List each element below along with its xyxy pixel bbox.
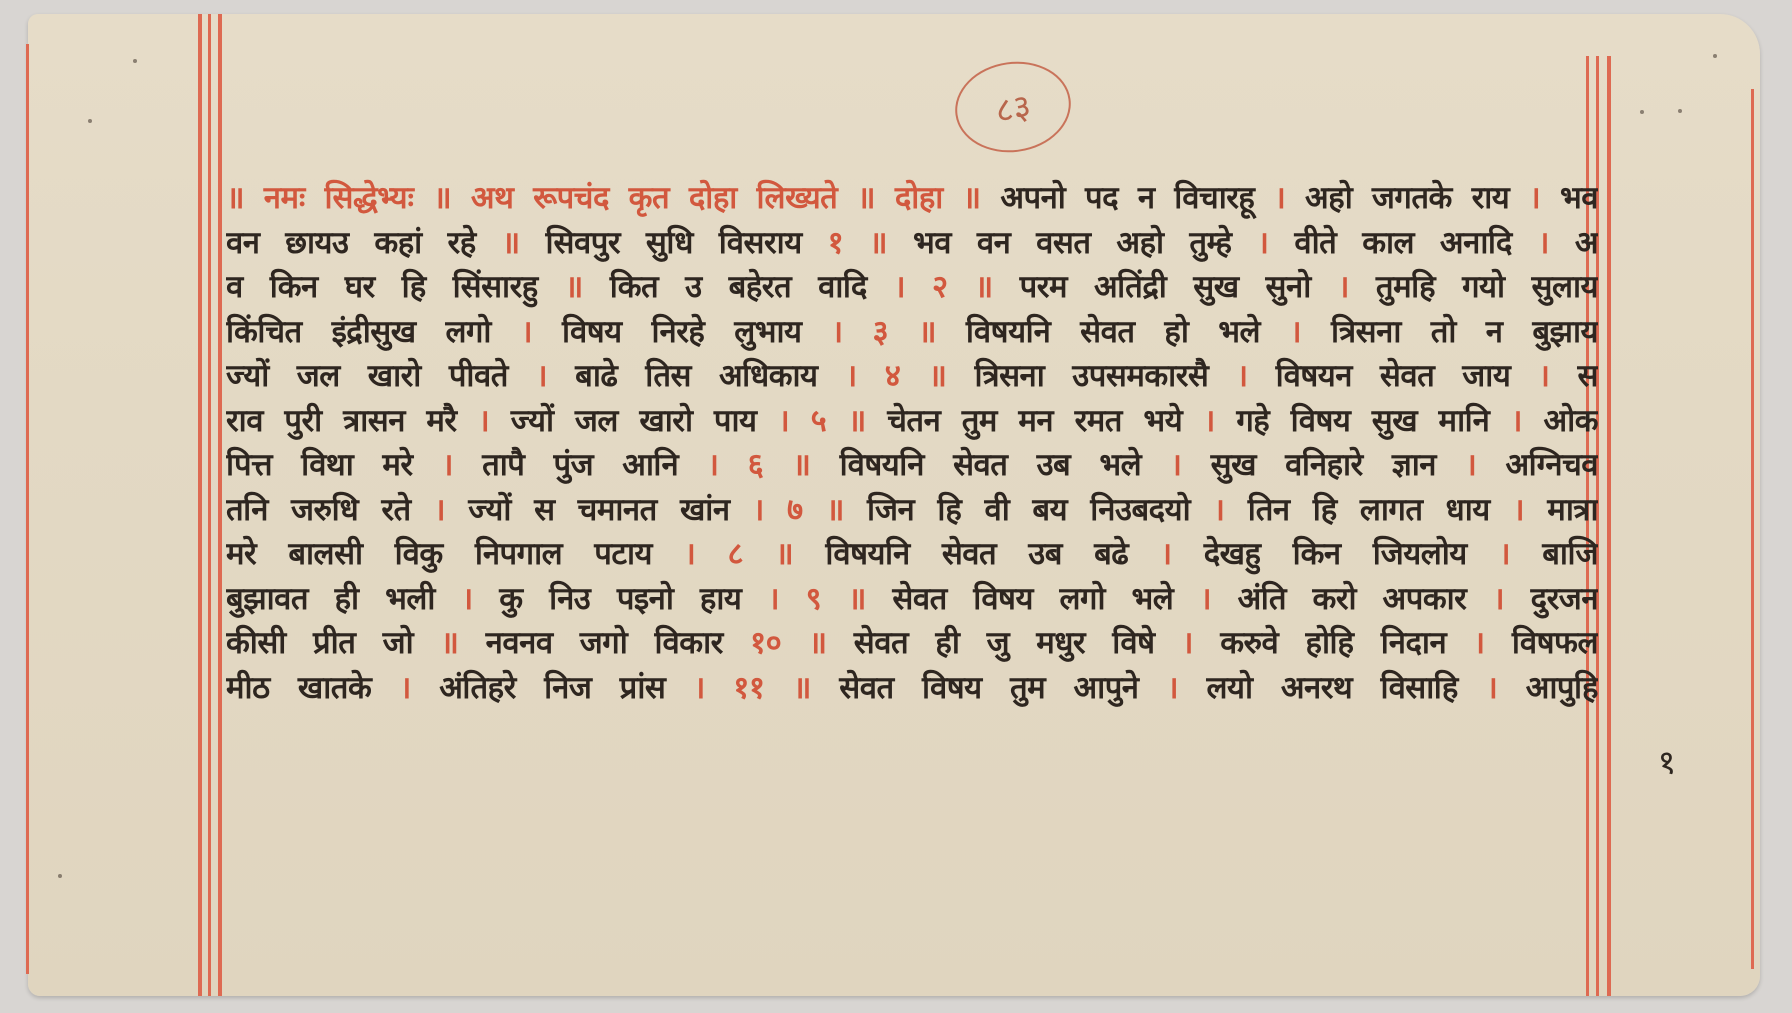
rubric-segment: । (442, 447, 482, 483)
text-segment: ज्यों स चमानत खांन (468, 492, 752, 528)
text-segment: ओक (1543, 403, 1598, 439)
text-segment: देखहु किन जियलोय (1204, 536, 1499, 572)
rubric-segment: । (1486, 670, 1526, 706)
rubric-segment: । (1473, 625, 1511, 661)
manuscript-line: पित्त विथा मरे । तापै पुंज आनि । ६ ॥ विष… (226, 443, 1598, 488)
rubric-segment: । (1493, 581, 1531, 617)
text-segment: अग्निचव (1505, 447, 1598, 483)
text-segment: सुख वनिहारे ज्ञान (1211, 447, 1465, 483)
rubric-segment: । (1465, 447, 1505, 483)
text-segment: व किन घर हि सिंसारहु (226, 269, 565, 305)
rubric-segment: । ८ ॥ (684, 536, 825, 572)
rubric-segment: । २ ॥ (894, 269, 1020, 305)
left-margin-ruling-3 (218, 14, 222, 996)
manuscript-line: ज्यों जल खारो पीवते । बाढे तिस अधिकाय । … (226, 354, 1598, 399)
text-segment: स (1578, 358, 1598, 394)
rubric-segment: । (1182, 625, 1220, 661)
text-segment: विषयन सेवत जाय (1276, 358, 1539, 394)
manuscript-line: किंचित इंद्रीसुख लगो । विषय निरहे लुभाय … (226, 310, 1598, 355)
rubric-segment: । (1167, 670, 1207, 706)
text-segment: चेतन तुम मन रमत भये (887, 403, 1203, 439)
rubric-segment: । (1213, 492, 1247, 528)
manuscript-line: मरे बालसी विकु निपगाल पटाय । ८ ॥ विषयनि … (226, 532, 1598, 577)
text-segment: विषय निरहे लुभाय (562, 314, 831, 350)
text-segment: त्रिसना उपसमकारसै (974, 358, 1236, 394)
manuscript-line: कीसी प्रीत जो ॥ नवनव जगो विकार १० ॥ सेवत… (226, 621, 1598, 666)
rubric-segment: । (1274, 180, 1305, 216)
manuscript-line: ॥ नमः सिद्धेभ्यः ॥ अथ रूपचंद कृत दोहा लि… (226, 176, 1598, 221)
text-segment: भव वन वसत अहो तुम्हे (913, 225, 1257, 261)
left-outer-ruling (26, 44, 29, 974)
rubric-segment: ॥ (440, 625, 485, 661)
text-segment: अंति करो अपकार (1238, 581, 1493, 617)
rubric-segment: । (1538, 225, 1575, 261)
text-segment: आपुहि (1526, 670, 1598, 706)
rubric-segment: । ७ ॥ (753, 492, 867, 528)
rubric-segment: । (1236, 358, 1275, 394)
text-segment: बाढे तिस अधिकाय (575, 358, 845, 394)
rubric-segment: । (1511, 403, 1544, 439)
paper-speck (1640, 110, 1644, 114)
text-segment: ज्यों जल खारो पीवते (226, 358, 536, 394)
rubric-segment: । (1290, 314, 1331, 350)
text-segment: वीते काल अनादि (1294, 225, 1537, 261)
text-segment: जिन हि वी बय निउबदयो (867, 492, 1213, 528)
rubric-segment: । (1257, 225, 1294, 261)
text-segment: वन छायउ कहां रहे (226, 225, 502, 261)
text-segment: पित्त विथा मरे (226, 447, 442, 483)
text-segment: करुवे होहि निदान (1220, 625, 1473, 661)
text-segment: भव (1560, 180, 1598, 216)
rubric-segment: । ११ ॥ (694, 670, 840, 706)
left-margin-ruling-1 (198, 14, 202, 996)
paper-speck (58, 874, 62, 878)
text-segment: अपनो पद न विचारहू (1000, 180, 1274, 216)
rubric-segment: । (434, 492, 468, 528)
rubric-segment: । (1170, 447, 1210, 483)
rubric-segment: । (1160, 536, 1203, 572)
rubric-segment: । ४ ॥ (846, 358, 975, 394)
rubric-segment: १० ॥ (750, 625, 854, 661)
text-segment: अहो जगतके राय (1305, 180, 1529, 216)
text-segment: अंतिहरे निज प्रांस (439, 670, 693, 706)
text-segment: दुरजन (1531, 581, 1598, 617)
manuscript-line: राव पुरी त्रासन मरै । ज्यों जल खारो पाय … (226, 399, 1598, 444)
rubric-segment: ॥ (565, 269, 610, 305)
rubric-segment: । (1529, 180, 1560, 216)
text-segment: गहे विषय सुख मानि (1236, 403, 1510, 439)
rubric-segment: । (400, 670, 440, 706)
text-segment: ज्यों जल खारो पाय (511, 403, 778, 439)
rubric-segment: । ५ ॥ (778, 403, 887, 439)
text-segment: तनि जरुधि रते (226, 492, 434, 528)
rubric-segment: । (521, 314, 562, 350)
text-segment: विषयनि सेवत हो भले (966, 314, 1290, 350)
rubric-segment: १ ॥ (828, 225, 913, 261)
rubric-segment: । (1513, 492, 1547, 528)
right-margin-ruling-3 (1607, 56, 1611, 996)
text-segment: विषफल (1512, 625, 1598, 661)
rubric-segment: ॥ (502, 225, 546, 261)
rubric-segment: । (1200, 581, 1238, 617)
rubric-segment: । (1538, 358, 1577, 394)
left-margin-ruling-2 (208, 14, 211, 996)
paper-speck (1713, 54, 1717, 58)
text-segment: मात्रा (1547, 492, 1598, 528)
text-segment: सेवत विषय तुम आपुने (839, 670, 1167, 706)
paper-speck (88, 119, 92, 123)
text-segment: परम अतिंद्री सुख सुनो (1020, 269, 1338, 305)
manuscript-line: वन छायउ कहां रहे ॥ सिवपुर सुधि विसराय १ … (226, 221, 1598, 266)
text-segment: लयो अनरथ विसाहि (1206, 670, 1486, 706)
text-segment: विषयनि सेवत उब भले (840, 447, 1171, 483)
manuscript-line: व किन घर हि सिंसारहु ॥ कित उ बहेरत वादि … (226, 265, 1598, 310)
text-segment: त्रिसना तो न बुझाय (1331, 314, 1598, 350)
text-segment: विषयनि सेवत उब बढे (825, 536, 1160, 572)
manuscript-line: मीठ खातके । अंतिहरे निज प्रांस । ११ ॥ से… (226, 666, 1598, 711)
rubric-segment: । (536, 358, 575, 394)
rubric-segment: । (461, 581, 499, 617)
text-segment: तिन हि लागत धाय (1248, 492, 1513, 528)
text-segment: मीठ खातके (226, 670, 400, 706)
text-segment: अ (1575, 225, 1598, 261)
rubric-segment: । ३ ॥ (831, 314, 966, 350)
text-segment: नवनव जगो विकार (486, 625, 750, 661)
rubric-segment: । ९ ॥ (768, 581, 893, 617)
manuscript-line: बुझावत ही भली । कु निउ पइनो हाय । ९ ॥ से… (226, 577, 1598, 622)
text-segment: कित उ बहेरत वादि (610, 269, 894, 305)
text-segment: राव पुरी त्रासन मरै (226, 403, 478, 439)
text-segment: तुमहि गयो सुलाय (1376, 269, 1598, 305)
rubric-segment: । (1204, 403, 1237, 439)
right-outer-ruling (1751, 89, 1754, 969)
text-segment: कीसी प्रीत जो (226, 625, 440, 661)
paper-speck (1678, 109, 1682, 113)
rubric-segment: । (478, 403, 511, 439)
rubric-segment: । (1338, 269, 1376, 305)
text-segment: बाजि (1542, 536, 1598, 572)
manuscript-line: तनि जरुधि रते । ज्यों स चमानत खांन । ७ ॥… (226, 488, 1598, 533)
text-segment: कु निउ पइनो हाय (499, 581, 768, 617)
rubric-segment: । ६ ॥ (707, 447, 839, 483)
paper-speck (133, 59, 137, 63)
text-segment: बुझावत ही भली (226, 581, 461, 617)
text-segment: सेवत विषय लगो भले (892, 581, 1199, 617)
text-segment: तापै पुंज आनि (482, 447, 707, 483)
rubric-segment: ॥ नमः सिद्धेभ्यः ॥ अथ रूपचंद कृत दोहा लि… (226, 180, 1000, 216)
text-segment: सिवपुर सुधि विसराय (546, 225, 828, 261)
manuscript-text: ॥ नमः सिद्धेभ्यः ॥ अथ रूपचंद कृत दोहा लि… (226, 176, 1598, 710)
text-segment: किंचित इंद्रीसुख लगो (226, 314, 521, 350)
rubric-segment: । (1499, 536, 1542, 572)
text-segment: मरे बालसी विकु निपगाल पटाय (226, 536, 684, 572)
text-segment: सेवत ही जु मधुर विषे (854, 625, 1182, 661)
